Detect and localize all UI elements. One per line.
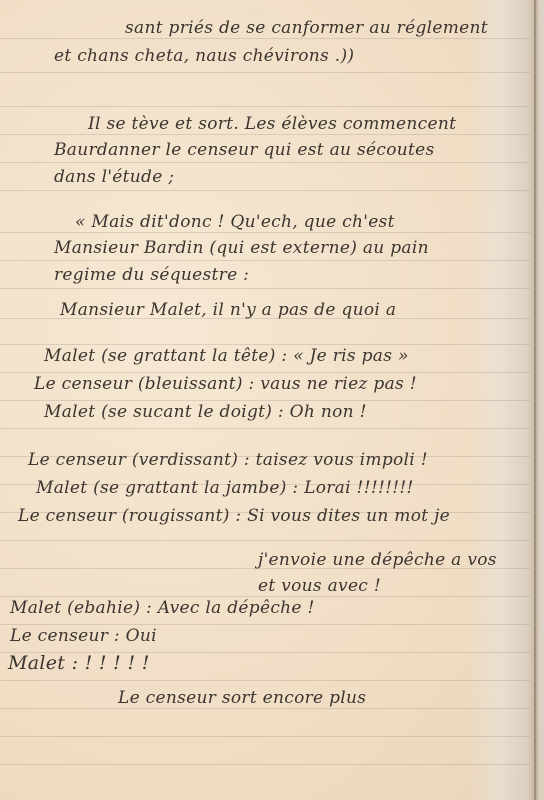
faded-page-header: · · · [250,4,266,15]
text-line: regime du séquestre : [54,265,249,285]
ruled-line [0,190,530,191]
ruled-line [0,232,530,233]
ruled-line [0,38,530,39]
ruled-line [0,106,530,107]
ruled-line [0,72,530,73]
ruled-line [0,736,530,737]
text-line: Mansieur Malet, il n'y a pas de quoi a [60,300,396,320]
ruled-line [0,540,530,541]
text-line: sant priés de se canformer au réglement [125,18,488,38]
dialogue-line-censeur: Le censeur : Oui [10,626,157,646]
stage-direction: Le censeur sort encore plus [118,688,366,708]
ruled-line [0,596,530,597]
ruled-line [0,624,530,625]
ruled-line [0,372,530,373]
ruled-line [0,162,530,163]
dialogue-continuation: et vous avec ! [258,576,381,596]
text-line: Mansieur Bardin (qui est externe) au pai… [54,238,429,258]
ruled-line [0,708,530,709]
page-edge-shadow [534,0,536,800]
ruled-line [0,260,530,261]
dialogue-continuation: j'envoie une dépêche a vos [258,550,497,570]
dialogue-line-censeur: Le censeur (rougissant) : Si vous dites … [18,506,450,526]
dialogue-line-malet: Malet (se grattant la tête) : « Je ris p… [44,346,409,366]
dialogue-line-malet: Malet (se grattant la jambe) : Lorai !!!… [36,478,414,498]
ruled-line [0,134,530,135]
ruled-line [0,344,530,345]
ruled-line [0,288,530,289]
ruled-line [0,680,530,681]
ruled-line [0,400,530,401]
text-line: « Mais dit'donc ! Qu'ech, que ch'est [75,212,395,232]
text-line: Baurdanner le censeur qui est au sécoute… [54,140,435,160]
text-line: dans l'étude ; [54,167,174,187]
dialogue-line-malet: Malet (ebahie) : Avec la dépêche ! [10,598,315,618]
text-line: Il se tève et sort. Les élèves commencen… [88,114,456,134]
ruled-line [0,764,530,765]
manuscript-page: · · · sant priés de se canformer au régl… [0,0,544,800]
dialogue-line-censeur: Le censeur (bleuissant) : vaus ne riez p… [34,374,417,394]
ruled-line [0,428,530,429]
dialogue-line-malet: Malet (se sucant le doigt) : Oh non ! [44,402,367,422]
dialogue-line-censeur: Le censeur (verdissant) : taisez vous im… [28,450,428,470]
dialogue-line-malet: Malet : ! ! ! ! ! [8,652,150,674]
text-line: et chans cheta, naus chévirons .)) [54,46,354,66]
